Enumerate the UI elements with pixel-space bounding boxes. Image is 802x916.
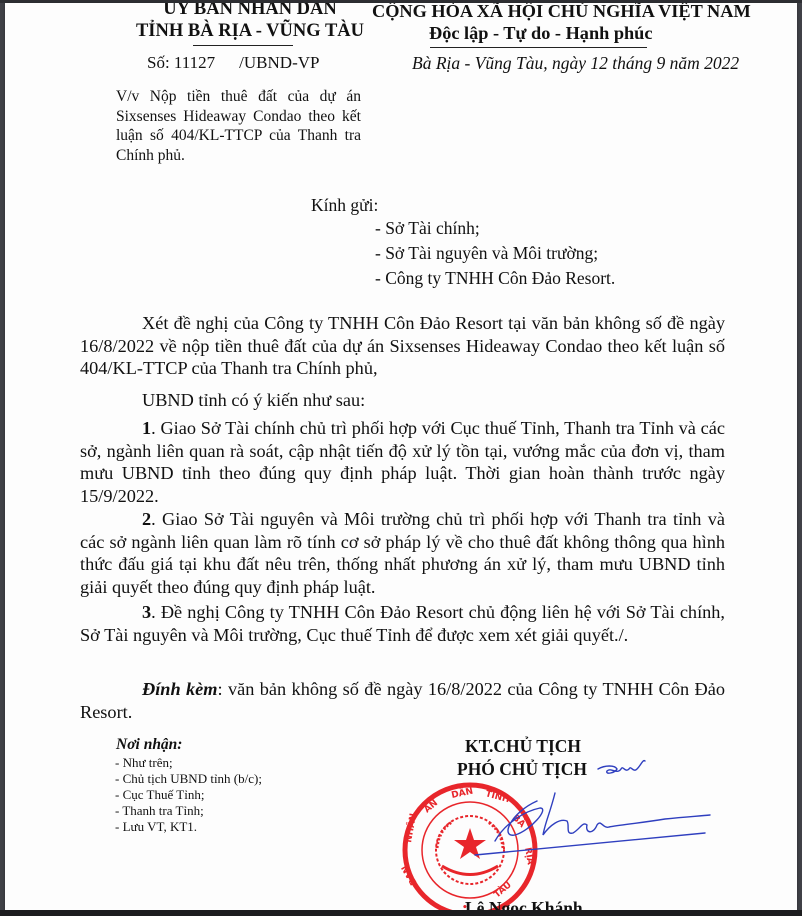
recipient-item: - Thanh tra Tỉnh; bbox=[115, 803, 204, 819]
header-left-rule bbox=[193, 45, 293, 46]
signer-name: Lê Ngọc Khánh bbox=[465, 898, 583, 910]
item-paragraph-3: 3. Đề nghị Công ty TNHH Côn Đảo Resort c… bbox=[80, 601, 725, 646]
document-number-label: Số: 11127 bbox=[147, 53, 215, 72]
recipient-item: - Lưu VT, KT1. bbox=[115, 819, 197, 835]
item-paragraph-1: 1. Giao Sở Tài chính chủ trì phối hợp vớ… bbox=[80, 417, 725, 507]
subject: V/v Nộp tiền thuê đất của dự án Sixsense… bbox=[116, 87, 361, 165]
addressee-item: - Sở Tài chính; bbox=[375, 218, 480, 239]
national-title: CỘNG HÒA XÃ HỘI CHỦ NGHĨA VIỆT NAM bbox=[372, 3, 751, 22]
handwritten-signature-icon bbox=[455, 753, 715, 863]
item-text: . Giao Sở Tài chính chủ trì phối hợp với… bbox=[80, 418, 725, 506]
document-number-suffix: /UBND-VP bbox=[239, 53, 319, 72]
attachment-label: Đính kèm bbox=[142, 679, 218, 699]
addressee-label: Kính gửi: bbox=[311, 195, 378, 216]
opinion-text: UBND tỉnh có ý kiến như sau: bbox=[142, 390, 365, 410]
recipient-item: - Cục Thuế Tỉnh; bbox=[115, 787, 204, 803]
date-line: Bà Rịa - Vũng Tàu, ngày 12 tháng 9 năm 2… bbox=[412, 53, 739, 74]
national-motto: Độc lập - Tự do - Hạnh phúc bbox=[429, 23, 652, 44]
addressee-item: - Công ty TNHH Côn Đảo Resort. bbox=[375, 268, 615, 289]
item-number: 3 bbox=[142, 602, 151, 622]
attachment-paragraph: Đính kèm: văn bản không số đề ngày 16/8/… bbox=[80, 678, 725, 723]
recipient-item: - Như trên; bbox=[115, 755, 173, 771]
item-text: . Giao Sở Tài nguyên và Môi trường chủ t… bbox=[80, 509, 725, 597]
document-number: Số: 11127/UBND-VP bbox=[147, 53, 319, 73]
recipient-item: - Chủ tịch UBND tỉnh (b/c); bbox=[115, 771, 262, 787]
document-page: ỦY BAN NHÂN DÂN TỈNH BÀ RỊA - VŨNG TÀU S… bbox=[5, 3, 797, 910]
intro-text: Xét đề nghị của Công ty TNHH Côn Đảo Res… bbox=[80, 313, 725, 378]
opinion-paragraph: UBND tỉnh có ý kiến như sau: bbox=[80, 389, 725, 412]
issuer-name: ỦY BAN NHÂN DÂN bbox=[100, 3, 400, 20]
svg-text:BAN: BAN bbox=[400, 863, 419, 886]
pdf-viewer: ỦY BAN NHÂN DÂN TỈNH BÀ RỊA - VŨNG TÀU S… bbox=[0, 0, 802, 916]
issuer-province: TỈNH BÀ RỊA - VŨNG TÀU bbox=[100, 21, 400, 42]
item-number: 1 bbox=[142, 418, 151, 438]
svg-text:ÂN: ÂN bbox=[421, 797, 440, 816]
recipients-label: Nơi nhận: bbox=[116, 736, 182, 754]
item-number: 2 bbox=[142, 509, 151, 529]
addressee-item: - Sở Tài nguyên và Môi trường; bbox=[375, 243, 598, 264]
item-paragraph-2: 2. Giao Sở Tài nguyên và Môi trường chủ … bbox=[80, 508, 725, 598]
intro-paragraph: Xét đề nghị của Công ty TNHH Côn Đảo Res… bbox=[80, 312, 725, 380]
header-right-rule bbox=[430, 47, 647, 48]
svg-text:NHÂN: NHÂN bbox=[402, 812, 419, 843]
viewer-bottom-edge bbox=[0, 910, 802, 916]
item-text: . Đề nghị Công ty TNHH Côn Đảo Resort ch… bbox=[80, 602, 725, 645]
